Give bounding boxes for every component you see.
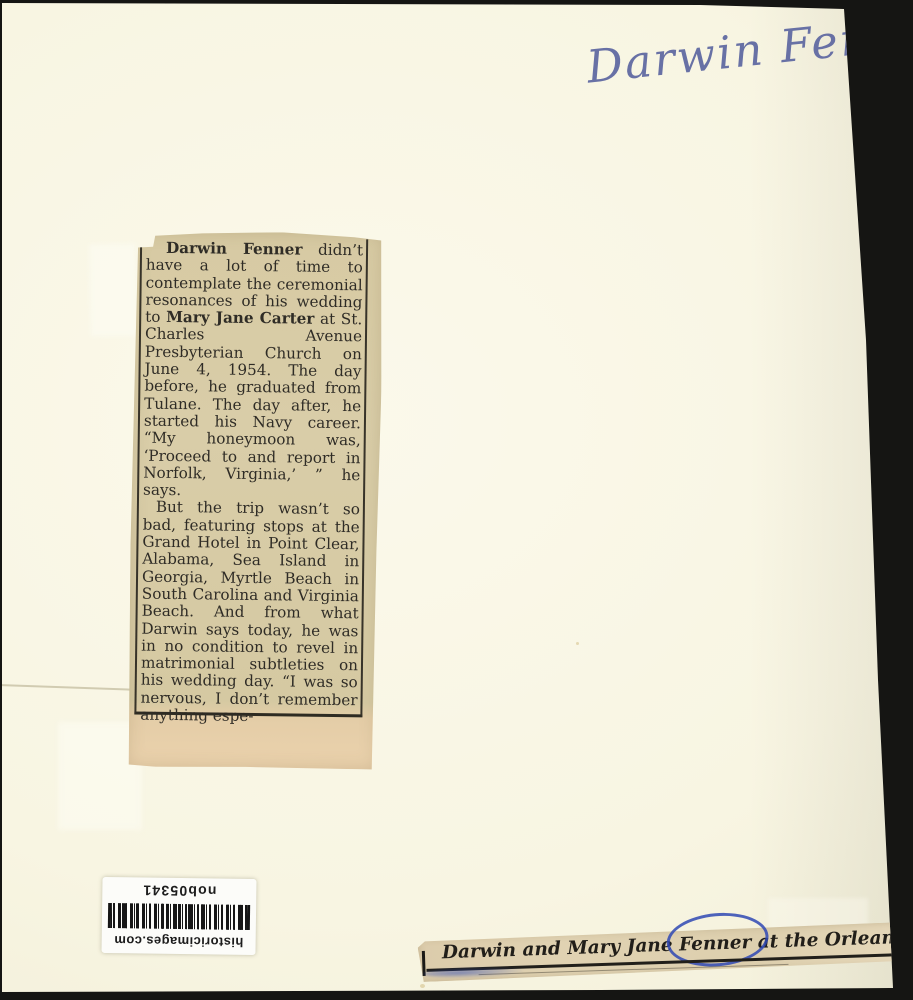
- sticker-code-label: nob05341: [108, 882, 250, 900]
- caption-circled-word-text: Fenner: [679, 932, 752, 955]
- tape-mark: [89, 244, 137, 337]
- caption-circled-word: Fenner: [679, 932, 752, 955]
- caption-strip: Darwin and Mary Jane Fenner at the Orlea…: [417, 922, 908, 982]
- barcode-sticker: historicimages.com nob05341: [101, 877, 256, 955]
- foxing-spot: [576, 642, 579, 645]
- news-clipping: Darwin Fenner didn’t have a lot of time …: [126, 229, 385, 770]
- handwritten-name: Darwin Fenn: [584, 7, 908, 93]
- foxing-spot: [420, 984, 425, 988]
- barcode: [108, 903, 250, 930]
- clipping-paragraph-1: Darwin Fenner didn’t have a lot of time …: [143, 240, 363, 502]
- photo-back-paper: Darwin Fenn Darwin Fenner didn’t have a …: [0, 0, 913, 1000]
- clipping-paragraph-2: But the trip wasn’t so bad, featuring st…: [140, 499, 360, 726]
- clipping-text: at St. Charles Avenue Presbyterian Churc…: [143, 310, 362, 499]
- scanner-background: Darwin Fenn Darwin Fenner didn’t have a …: [0, 0, 913, 1000]
- clipping-text-column: Darwin Fenner didn’t have a lot of time …: [134, 237, 368, 718]
- sticker-site-label: historicimages.com: [108, 933, 250, 950]
